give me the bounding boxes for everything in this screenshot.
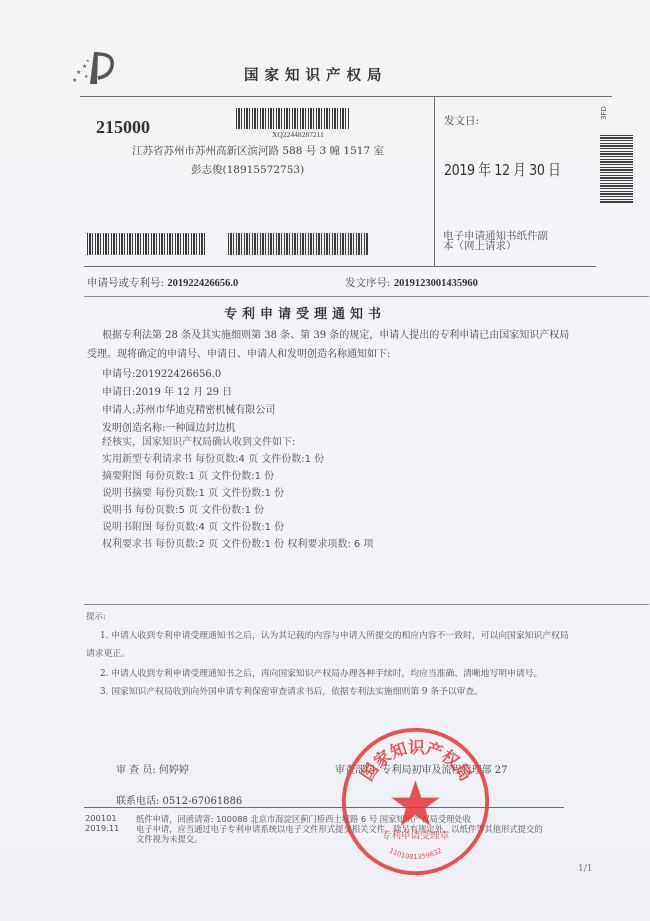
- file-item: 说明书摘要 每份页数:1 页 文件份数:1 份: [102, 485, 373, 502]
- field-application-number: 申请号:201922426656.0: [102, 365, 221, 380]
- intro-line-1: 根据专利法第 28 条及其实施细则第 38 条、第 39 条的规定，申请人提出的…: [102, 326, 569, 345]
- postcode: 215000: [96, 117, 150, 138]
- barcode-label: XQ22448287211: [272, 130, 324, 139]
- cnipa-logo-icon: ★ ★ ★ ★ ★: [70, 48, 120, 88]
- tracking-barcode: [236, 108, 349, 129]
- field-label: 发明创造名称:: [102, 423, 165, 434]
- field-value: 201922426656.0: [135, 369, 221, 380]
- field-value: 苏州市华迪克精密机械有限公司: [135, 405, 275, 416]
- hint-rule: [84, 604, 649, 605]
- hint-item: 请求更正。: [86, 646, 130, 659]
- column-divider: [434, 96, 435, 266]
- issue-date-label: 发文日:: [444, 113, 479, 128]
- page-number: 1/1: [578, 864, 592, 874]
- svg-text:专利申请受理章: 专利申请受理章: [382, 828, 450, 841]
- file-item: 摘要附图 每份页数:1 页 文件份数:1 份: [102, 468, 373, 485]
- hint-item: 3. 国家知识产权局收到向外国申请专利保密审查请求书后，依据专利法实施细则第 9…: [100, 684, 483, 697]
- document-title: 专利申请受理通知书: [224, 303, 386, 322]
- field-label: 申请人:: [102, 405, 135, 416]
- svg-text:★: ★: [72, 77, 77, 84]
- svg-text:★: ★: [82, 63, 87, 70]
- field-value: 2019 年 12 月 29 日: [135, 387, 232, 398]
- application-number: 申请号或专利号: 201922426656.0: [87, 275, 238, 290]
- svg-text:1101081359632: 1101081359632: [388, 847, 444, 861]
- svg-text:★: ★: [84, 74, 89, 80]
- examiner: 审 查 员: 何婷婷: [116, 761, 189, 776]
- issue-date: 2019 年 12 月 30 日: [444, 158, 560, 180]
- top-border: [80, 96, 452, 97]
- barcode-right: [228, 233, 369, 255]
- application-number-value: 201922426656.0: [167, 278, 238, 289]
- hints-title: 提示:: [86, 610, 106, 622]
- field-label: 申请号:: [102, 369, 135, 380]
- hint-item: 1. 申请人收到专利申请受理通知书之后，认为其记载的内容与申请人所提交的相应内容…: [100, 628, 569, 641]
- top-border-right: [432, 96, 612, 97]
- field-invention-name: 发明创造名称:一种圆边封边机: [102, 419, 235, 434]
- hint-item: 2. 申请人收到专利申请受理通知书之后，再向国家知识产权局办理各种手续时，均应当…: [100, 666, 542, 679]
- svg-text:★: ★: [76, 69, 81, 76]
- field-application-date: 申请日:2019 年 12 月 29 日: [102, 383, 232, 398]
- serial-number-label: 发文序号:: [345, 277, 391, 289]
- title-rule: [84, 296, 649, 297]
- serial-number: 发文序号: 2019123001435960: [345, 275, 478, 290]
- application-number-label: 申请号或专利号:: [87, 277, 164, 289]
- side-barcode: [600, 135, 633, 203]
- verify-line: 经核实，国家知识产权局确认收到文件如下:: [102, 434, 373, 451]
- side-code: 3FD: [600, 106, 608, 120]
- file-item: 实用新型专利请求书 每份页数:4 页 文件份数:1 份: [102, 451, 373, 468]
- serial-number-value: 2019123001435960: [394, 278, 478, 289]
- recipient: 彭志俊(18915572753): [191, 162, 304, 177]
- org-title: 国家知识产权局: [244, 64, 388, 85]
- footer-line-3: 文件视为未提交。: [136, 833, 202, 845]
- field-label: 申请日:: [102, 387, 135, 398]
- mailing-address: 江苏省苏州市苏州高新区滨河路 588 号 3 幢 1517 室: [132, 143, 384, 158]
- official-seal-icon: 国家知识产权局 专利申请受理章 1101081359632: [338, 724, 493, 879]
- field-applicant: 申请人:苏州市华迪克精密机械有限公司: [102, 401, 275, 416]
- file-item: 说明书附图 每份页数:4 页 文件份数:1 份: [102, 519, 373, 536]
- contact-phone: 联系电话: 0512-67061886: [116, 792, 242, 807]
- copy-note: 电子申请通知书纸件副本（网上请求）: [443, 231, 553, 251]
- received-files: 经核实，国家知识产权局确认收到文件如下: 实用新型专利请求书 每份页数:4 页 …: [102, 434, 373, 553]
- intro-line-2: 受理。现将确定的申请号、申请日、申请人和发明创造名称通知如下:: [87, 345, 390, 364]
- file-item: 权利要求书 每份页数:2 页 文件份数:1 份 权利要求项数: 6 项: [102, 536, 373, 553]
- svg-text:★: ★: [86, 58, 90, 63]
- file-item: 说明书 每份页数:5 页 文件份数:1 份: [102, 502, 373, 519]
- form-code: 200101: [85, 813, 117, 823]
- form-version: 2019.11: [85, 823, 119, 833]
- mid-border: [84, 266, 596, 267]
- field-value: 一种圆边封边机: [165, 423, 235, 434]
- barcode-left: [87, 233, 205, 255]
- notice-page: ★ ★ ★ ★ ★ 国家知识产权局 215000 XQ22448287211 江…: [0, 0, 650, 921]
